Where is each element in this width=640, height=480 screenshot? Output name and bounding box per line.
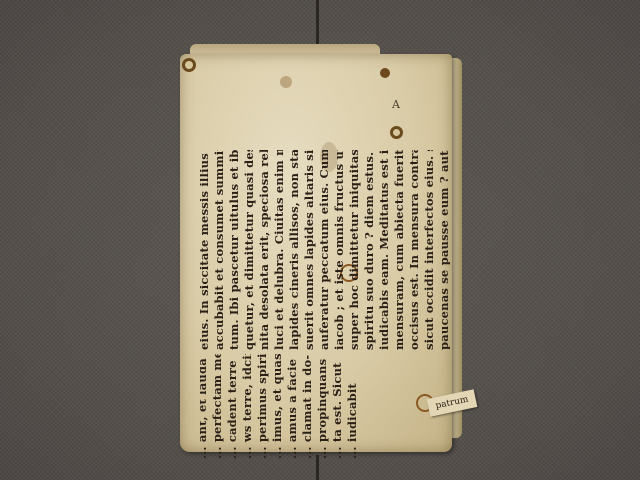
folio-mark: A: [392, 98, 400, 111]
text-line: lapides cineris allisos, non stabunt: [289, 150, 300, 350]
text-line: ... clamat in do-: [302, 354, 313, 459]
text-line: suerit omnes lapides altaris sicut: [304, 150, 315, 350]
stain: [380, 68, 390, 78]
worm-hole: [390, 126, 403, 139]
text-line: eius. In siccitate messis illius conte-: [200, 150, 210, 350]
text-line: mensuram, cum abiecta fuerit,: [394, 150, 405, 350]
text-line: ... imus, et quasi: [272, 354, 283, 459]
text-line: ... ta est. Sicut: [332, 354, 343, 459]
text-line: ... cadent terre: [227, 354, 238, 459]
text-line: iacob ; et iste omnis fructus ut: [334, 150, 345, 350]
manuscript: A paucenas se pausse eum ? aut sicut occ…: [180, 44, 462, 456]
text-line: accubabit et consumet summitates: [214, 150, 225, 350]
text-line: ... ws terre, idcirco: [242, 354, 253, 459]
text-line: ... ant, et lauda: [200, 354, 208, 459]
text-line: ... iudicabit: [347, 354, 358, 459]
upper-text-block: paucenas se pausse eum ? aut sicut occid…: [200, 150, 450, 350]
text-line: occisus est. In mensura contra: [409, 150, 420, 350]
text-line: paucenas se pausse eum ? aut: [439, 150, 450, 350]
parchment-leaf: A paucenas se pausse eum ? aut sicut occ…: [180, 54, 452, 452]
text-line: auferatur peccatum eius. Cum po-: [319, 150, 330, 350]
lower-text-block: ... iudicabit ... ta est. Sicut ... prop…: [200, 354, 358, 459]
text-line: nita desolata erit, speciosa relin-: [259, 150, 270, 350]
text-line: ... propinquans: [317, 354, 328, 459]
text-line: ... amus a facie: [287, 354, 298, 459]
sewing-hole: [182, 58, 196, 72]
text-line: tum. Ibi pascetur uitulus et ibi: [229, 150, 240, 350]
text-line: quetur, et dimittetur quasi deser-: [244, 150, 255, 350]
text-line: iudicabis eam. Meditatus est in: [379, 150, 390, 350]
carpet-seam: [316, 0, 319, 44]
text-line: ... perimus spiritum,: [257, 354, 268, 459]
text-line: sicut occidit interfectos eius. sic: [424, 150, 435, 350]
text-line: luci et delubra. Ciuitas enim mu-: [274, 150, 285, 350]
text-line: ... perfectam mei: [212, 354, 223, 459]
text-line: spiritu suo duro ? diem estus. Idcirco: [364, 150, 375, 350]
text-line: super hoc dimittetur iniquitas domus: [349, 150, 360, 350]
stain: [280, 76, 292, 88]
